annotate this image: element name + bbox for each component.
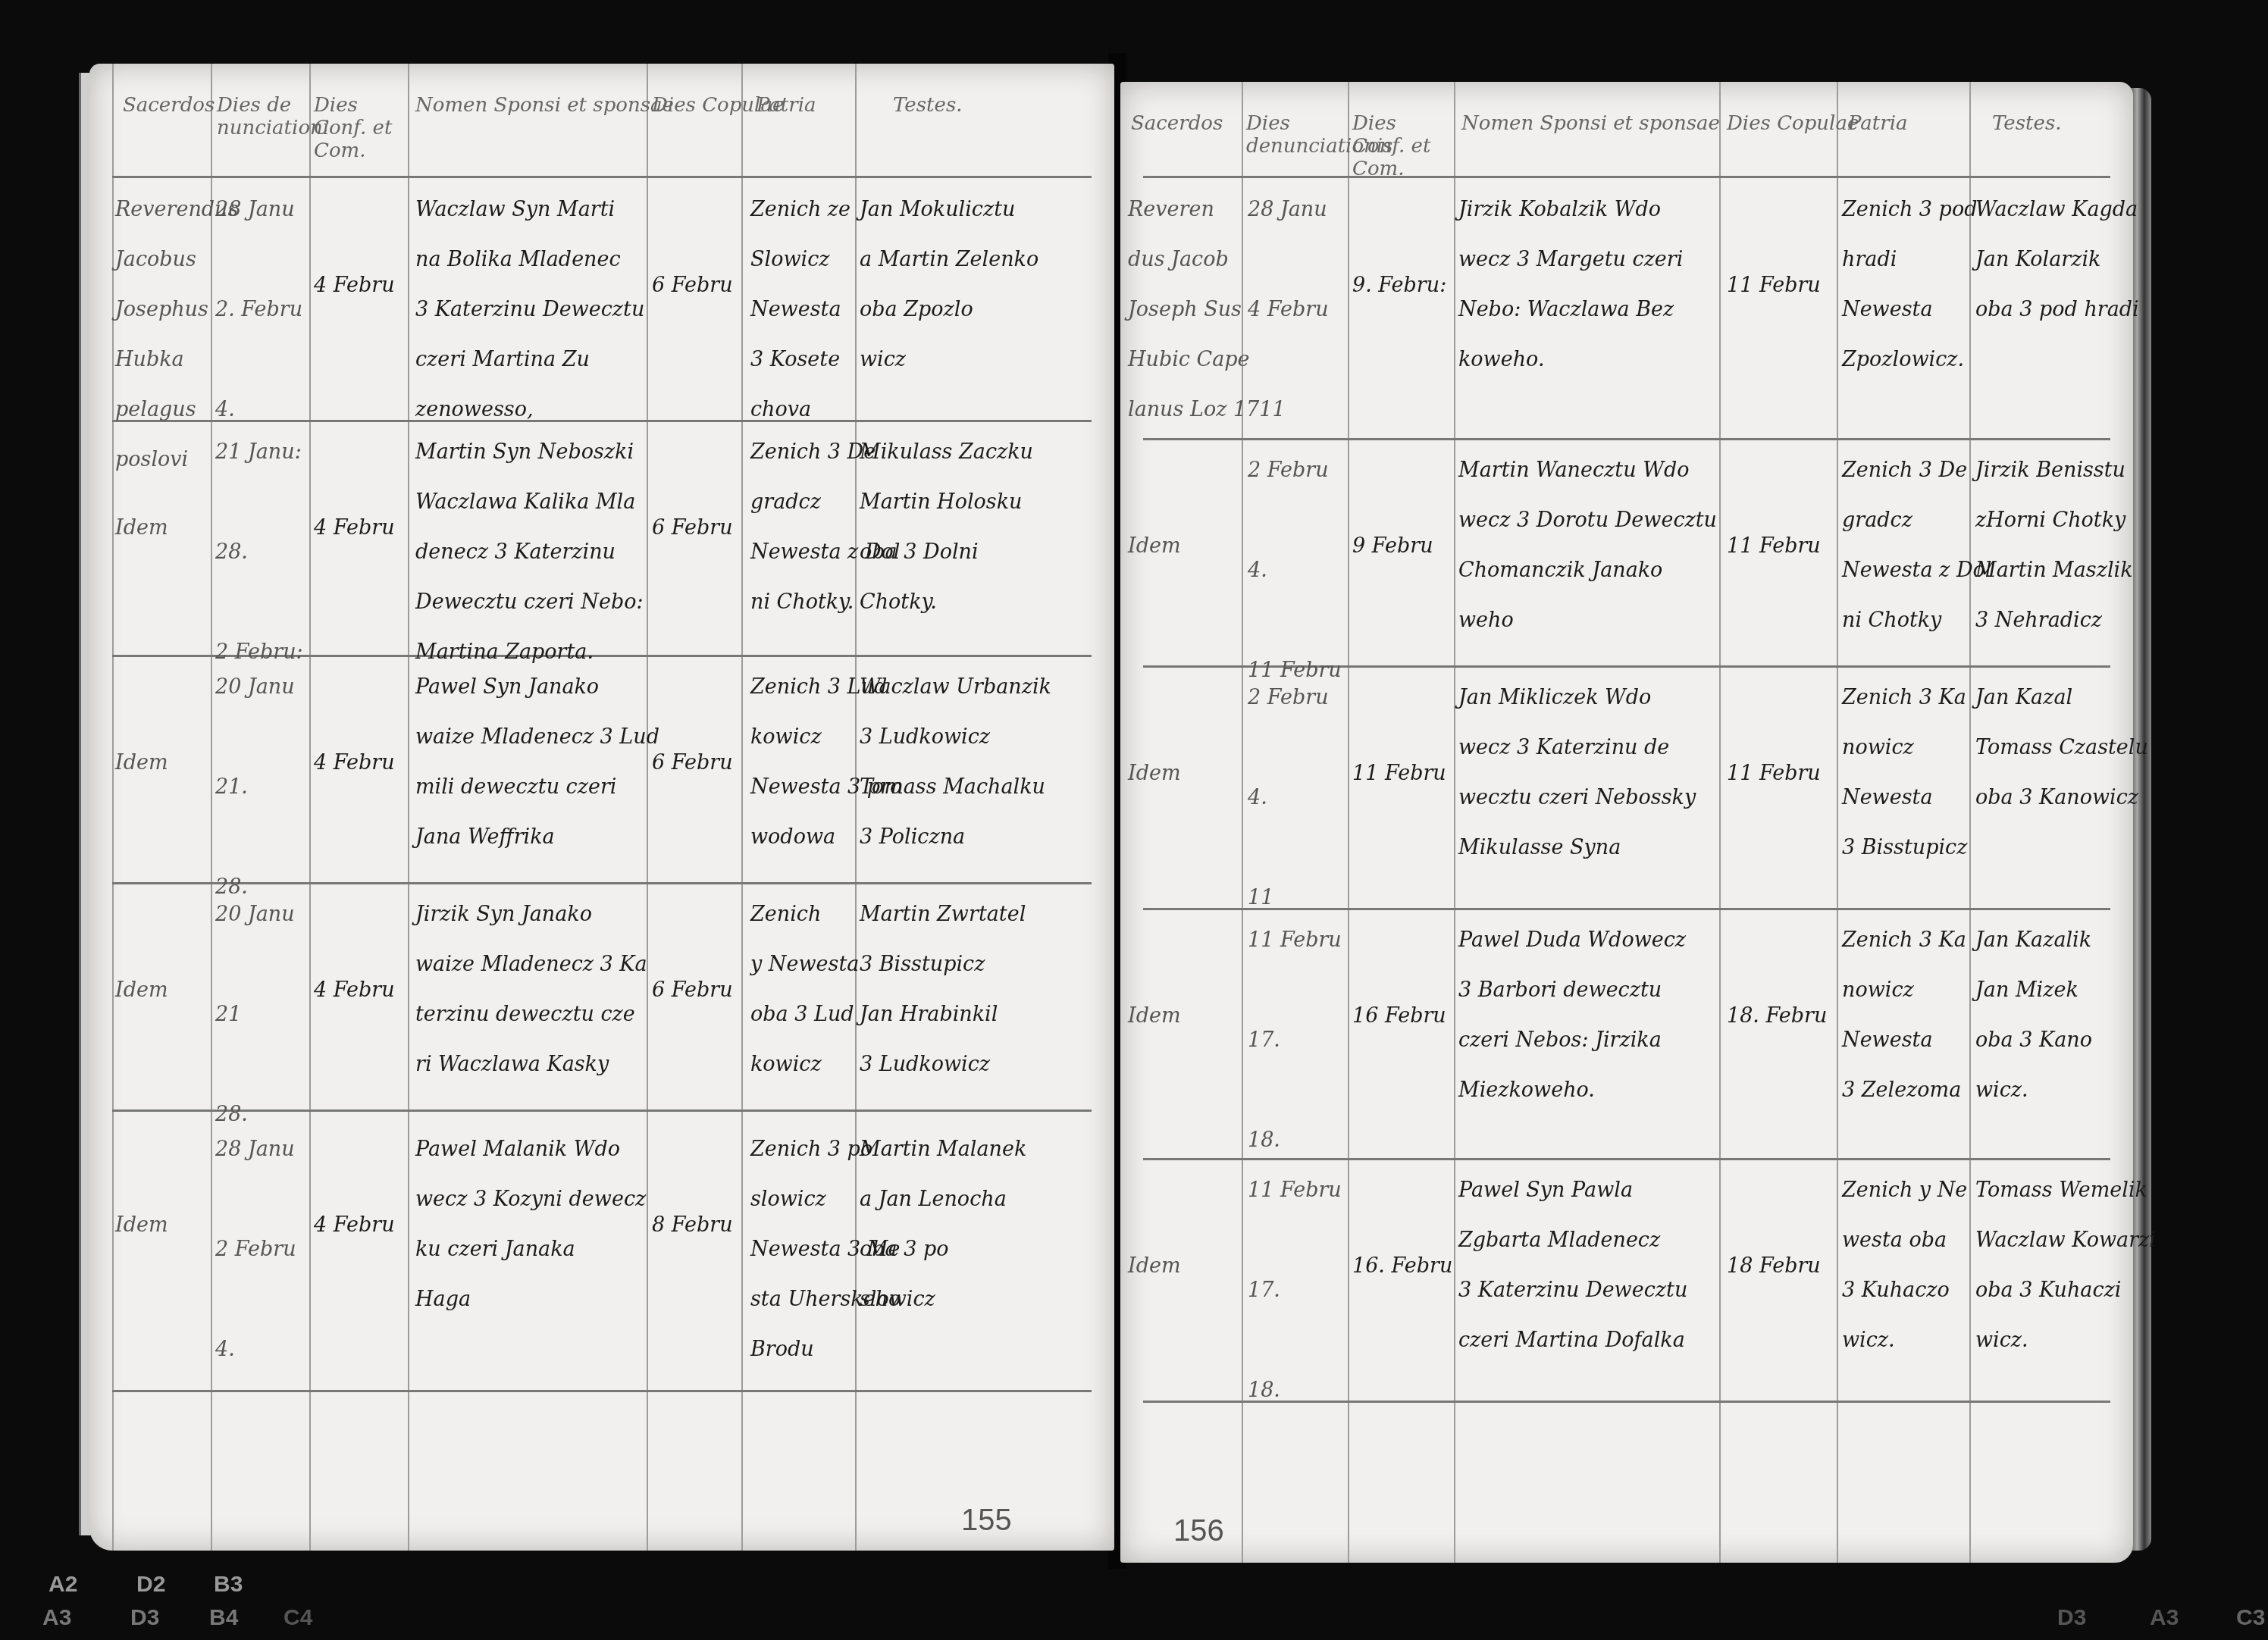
entry-patria: Zenich y Ne westa oba 3 Kuhaczo wicz. [1842, 1166, 1967, 1366]
column-header-patria: Patria [1848, 112, 1908, 135]
page-number: 155 [961, 1504, 1012, 1538]
column-header-sacerdos: Sacerdos [1131, 112, 1223, 135]
entry-testes: Martin Zwrtatel 3 Bisstupicz Jan Hrabink… [860, 890, 1026, 1090]
entry-sacerdos: Idem [1128, 749, 1181, 799]
entry-dies-denunc: 11 Febru 17. 18. [1248, 915, 1342, 1166]
entry-sacerdos: Idem [115, 1200, 168, 1250]
column-header-confession: Dies Conf. et Com. [1352, 112, 1451, 180]
column-header-patria: Patria [757, 94, 816, 117]
scale-label: D2 [136, 1572, 165, 1598]
entry-patria: Zenich ze Slowicz Newesta 3 Kosete chova [750, 185, 850, 435]
entry-dies-copulae: 11 Febru [1727, 261, 1821, 311]
entry-nomen: Pawel Malanik Wdo wecz 3 Kozyni dewecz k… [415, 1125, 646, 1325]
entry-sacerdos: Idem [115, 503, 168, 553]
column-header-names: Nomen Sponsi et sponsae [1461, 112, 1720, 135]
entry-patria: Zenich 3 pod hradi Newesta Zpozlowicz. [1842, 185, 1977, 385]
entry-testes: Martin Malanek a Jan Lenocha oba 3 po sl… [860, 1125, 1026, 1325]
entry-dies-conf: 11 Febru [1352, 749, 1446, 799]
entry-testes: Jan Kazalik Jan Mizek oba 3 Kano wicz. [1975, 915, 2092, 1116]
entry-dies-copulae: 11 Febru [1727, 521, 1821, 571]
entry-dies-copulae: 6 Febru [652, 966, 733, 1016]
entry-nomen: Jan Mikliczek Wdo wecz 3 Katerzinu de we… [1458, 673, 1696, 873]
entry-dies-conf: 9 Febru [1352, 521, 1433, 571]
entry-testes: Jan Mokulicztu a Martin Zelenko oba Zpoz… [860, 185, 1038, 385]
scale-label: B3 [214, 1572, 243, 1598]
entry-nomen: Jirzik Syn Janako waize Mladenecz 3 Ka t… [415, 890, 647, 1090]
entry-dies-denunc: 11 Febru 17. 18. [1248, 1166, 1342, 1416]
column-header-denunciation: Dies denunciationis [1246, 112, 1345, 158]
entry-testes: Jan Kazal Tomass Czastelu oba 3 Kanowicz [1975, 673, 2148, 823]
column-header-testes: Testes. [1992, 112, 2062, 135]
scale-label: A3 [2150, 1605, 2179, 1631]
entry-dies-conf: 16 Febru [1352, 991, 1446, 1041]
right-page: Sacerdos Dies denunciationis Dies Conf. … [1120, 82, 2133, 1563]
entry-sacerdos: Idem [115, 966, 168, 1016]
entry-patria: Zenich y Newesta oba 3 Lud kowicz [750, 890, 859, 1090]
entry-dies-conf: 4 Febru [314, 261, 395, 311]
entry-testes: Tomass Wemelik Waczlaw Kowarzi oba 3 Kuh… [1975, 1166, 2156, 1366]
scale-label: A2 [49, 1572, 77, 1598]
entry-sacerdos: Idem [1128, 1241, 1181, 1291]
scale-label: C4 [283, 1605, 312, 1631]
entry-patria: Zenich 3 Ka nowicz Newesta 3 Bisstupicz [1842, 673, 1967, 873]
scale-label: B4 [209, 1605, 238, 1631]
entry-nomen: Waczlaw Syn Marti na Bolika Mladenec 3 K… [415, 185, 644, 435]
entry-dies-copulae: 6 Febru [652, 738, 733, 788]
entry-dies-copulae: 18. Febru [1727, 991, 1827, 1041]
entry-dies-denunc: 2 Febru 4. 11 [1248, 673, 1329, 923]
entry-dies-denunc: 2 Febru 4. 11 Febru [1248, 446, 1342, 696]
entry-testes: Jirzik Benisstu zHorni Chotky Martin Mas… [1975, 446, 2133, 646]
entry-nomen: Jirzik Kobalzik Wdo wecz 3 Margetu czeri… [1458, 185, 1683, 385]
entry-dies-conf: 4 Febru [314, 738, 395, 788]
entry-nomen: Martin Wanecztu Wdo wecz 3 Dorotu Dewecz… [1458, 446, 1717, 646]
entry-dies-conf: 9. Febru: [1352, 261, 1446, 311]
entry-sacerdos: Idem [115, 738, 168, 788]
entry-dies-copulae: 11 Febru [1727, 749, 1821, 799]
column-header-confession: Dies Conf. et Com. [314, 94, 405, 162]
scale-label: D3 [130, 1605, 159, 1631]
entry-dies-conf: 4 Febru [314, 503, 395, 553]
scale-label: A3 [42, 1605, 71, 1631]
column-header-denunciation: Dies de nunciationi [217, 94, 308, 139]
entry-dies-copulae: 8 Febru [652, 1200, 733, 1250]
entry-testes: Waczlaw Urbanzik 3 Ludkowicz Tomass Mach… [860, 662, 1051, 862]
entry-sacerdos: Idem [1128, 521, 1181, 571]
entry-patria: Zenich 3 Ka nowicz Newesta 3 Zelezoma [1842, 915, 1966, 1116]
entry-nomen: Martin Syn Neboszki Waczlawa Kalika Mla … [415, 427, 644, 678]
column-header-names: Nomen Sponsi et sponsae [415, 94, 674, 117]
entry-dies-denunc: 21 Janu: 28. 2 Febru: [215, 427, 303, 678]
entry-dies-denunc: 28 Janu 2. Febru 4. [215, 185, 302, 435]
entry-dies-copulae: 18 Febru [1727, 1241, 1821, 1291]
entry-dies-copulae: 6 Febru [652, 261, 733, 311]
entry-sacerdos: Idem [1128, 991, 1181, 1041]
entry-dies-denunc: 20 Janu 21 28. [215, 890, 295, 1140]
entry-testes: Waczlaw Kagda Jan Kolarzik oba 3 pod hra… [1975, 185, 2139, 335]
column-header-sacerdos: Sacerdos [123, 94, 215, 117]
entry-patria: Zenich 3 De gradcz Newesta z Dol ni Chot… [1842, 446, 1991, 646]
entry-dies-denunc: 28 Janu 2 Febru 4. [215, 1125, 296, 1375]
entry-dies-denunc: 28 Janu 4 Febru [1248, 185, 1329, 335]
page-number: 156 [1173, 1514, 1224, 1548]
entry-nomen: Pawel Duda Wdowecz 3 Barbori dewecztu cz… [1458, 915, 1686, 1116]
column-header-copulation: Dies Copulae [1727, 112, 1859, 135]
entry-dies-copulae: 6 Febru [652, 503, 733, 553]
entry-nomen: Pawel Syn Pawla Zgbarta Mladenecz 3 Kate… [1458, 1166, 1687, 1366]
entry-dies-conf: 4 Febru [314, 966, 395, 1016]
scale-label: C3 [2236, 1605, 2265, 1631]
entry-dies-denunc: 20 Janu 21. 28. [215, 662, 295, 912]
left-page: Sacerdos Dies de nunciationi Dies Conf. … [89, 64, 1114, 1551]
scale-label: D3 [2057, 1605, 2086, 1631]
entry-dies-conf: 16. Febru [1352, 1241, 1452, 1291]
entry-nomen: Pawel Syn Janako waize Mladenecz 3 Lud m… [415, 662, 659, 862]
column-header-testes: Testes. [893, 94, 963, 117]
entry-testes: Mikulass Zaczku Martin Holosku oba 3 Dol… [860, 427, 1033, 628]
entry-dies-conf: 4 Febru [314, 1200, 395, 1250]
